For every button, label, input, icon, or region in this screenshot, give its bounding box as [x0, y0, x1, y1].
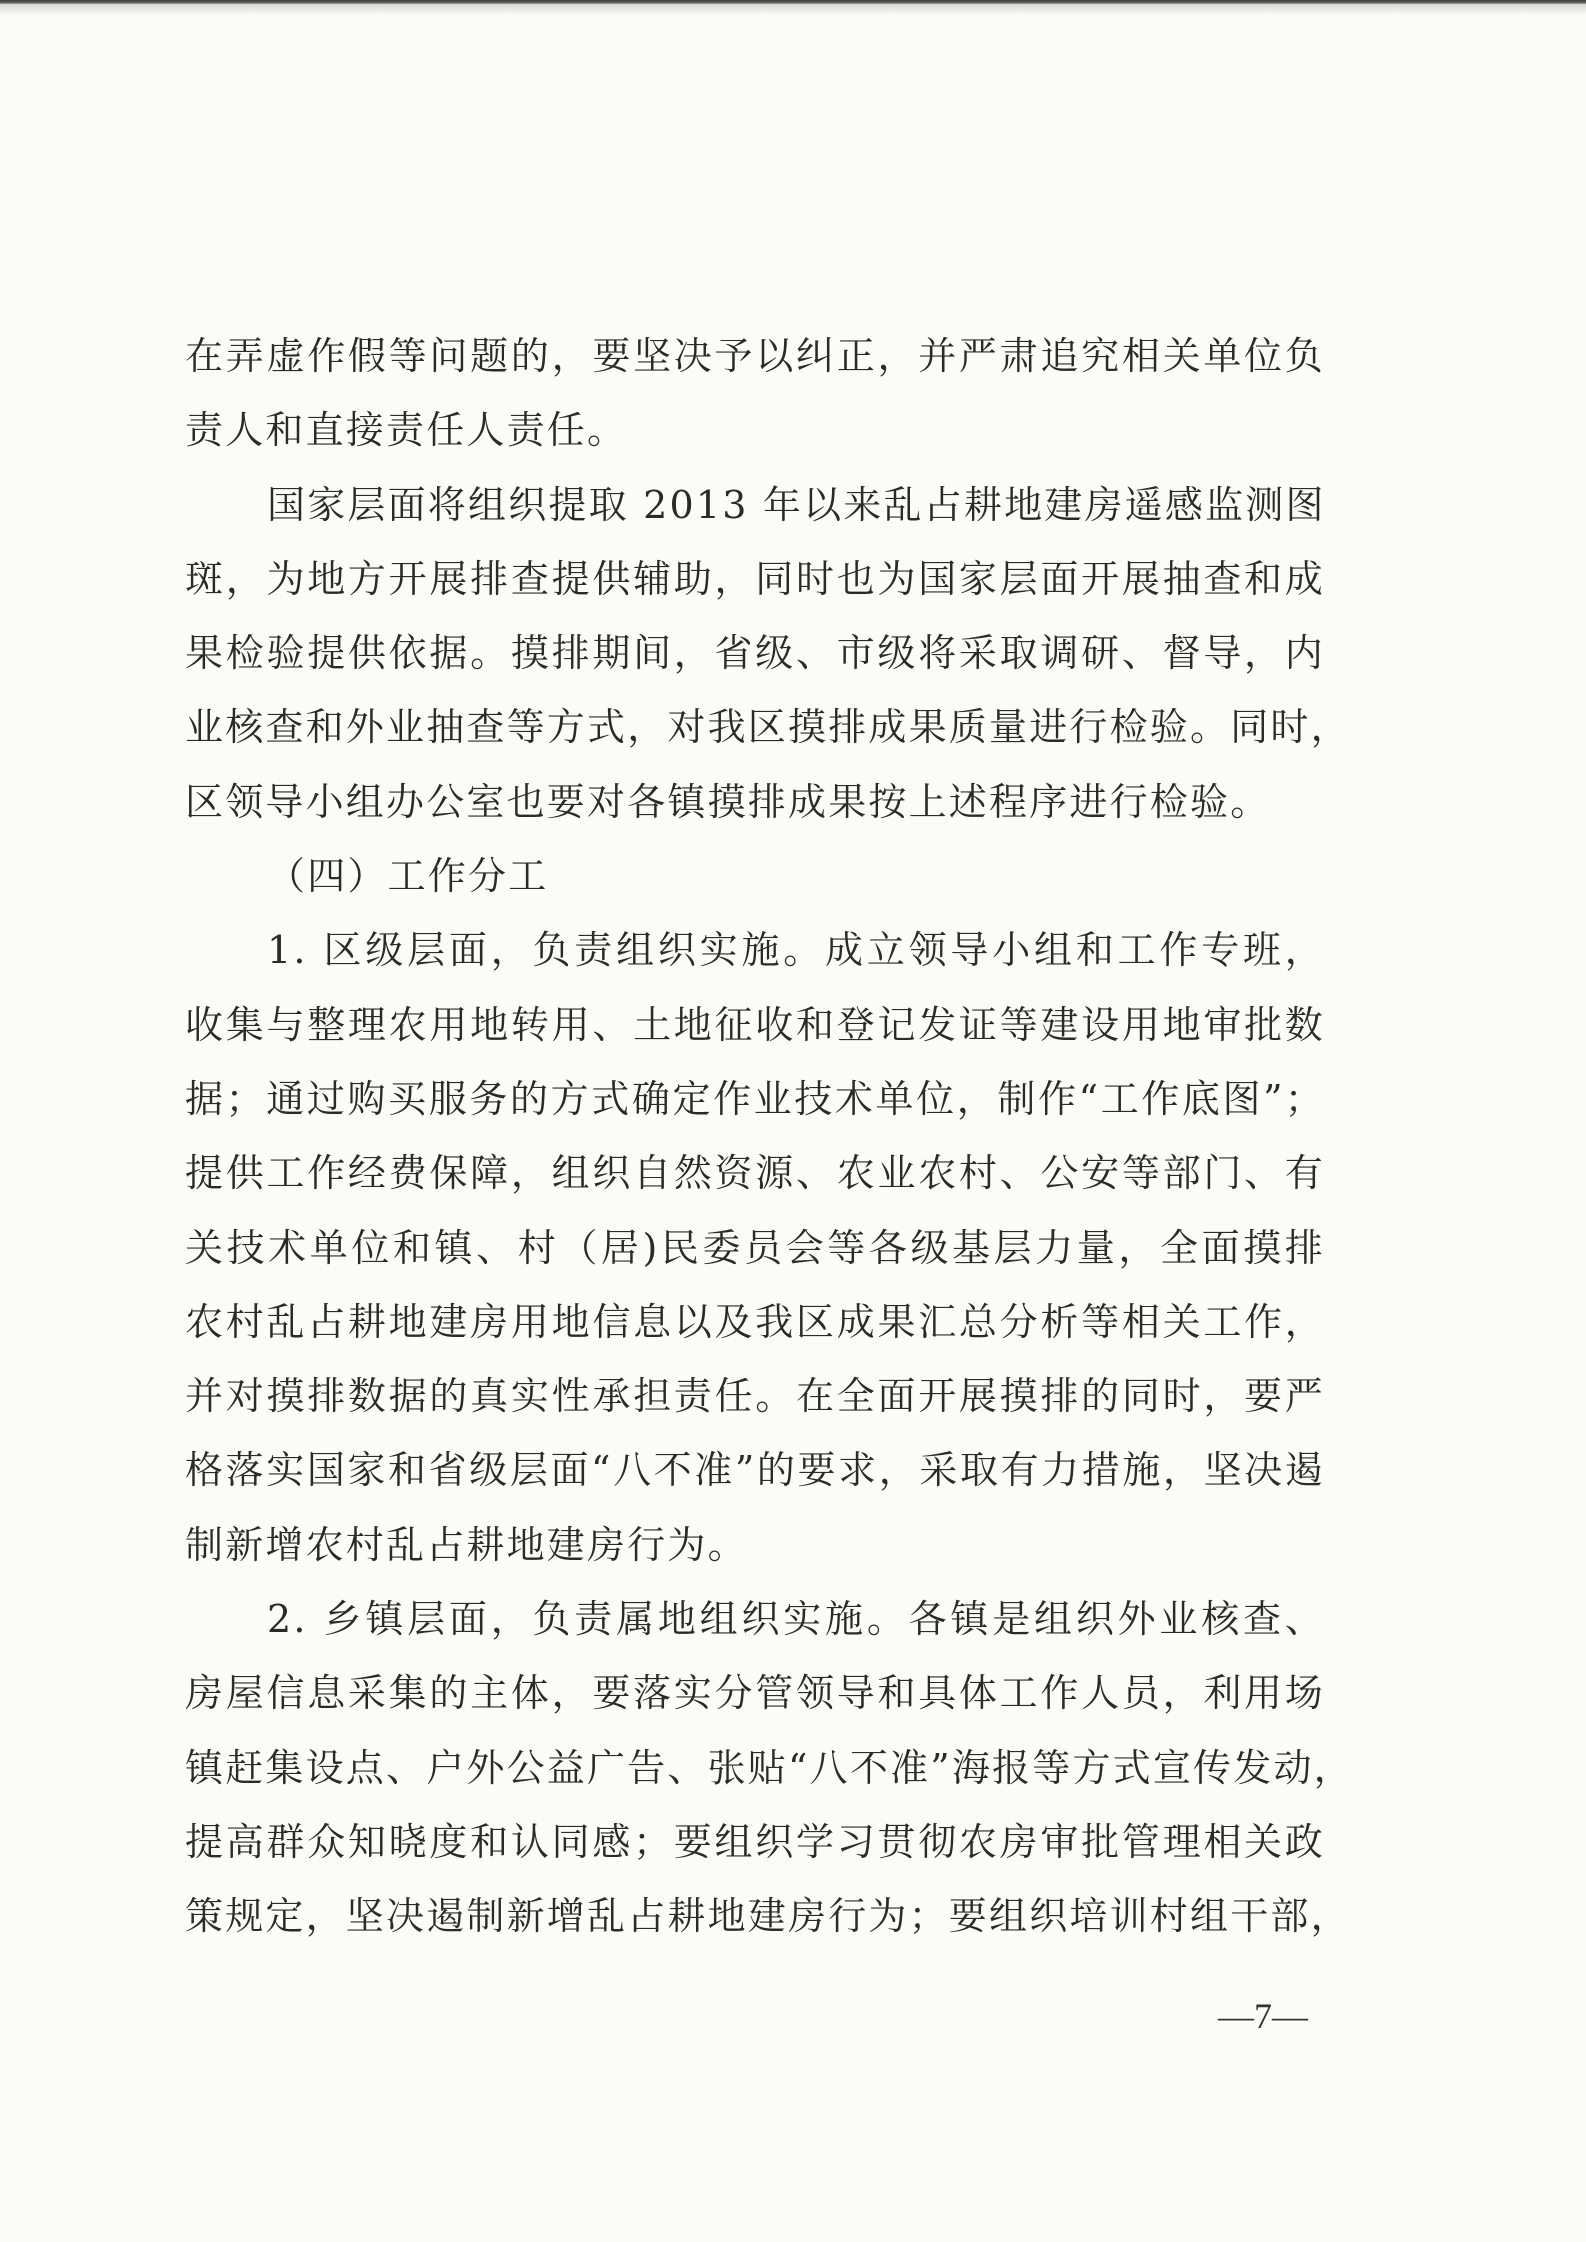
- section-heading: （四）工作分工: [185, 846, 1325, 920]
- paragraph-district-level: 1. 区级层面，负责组织实施。成立领导小组和工作专班， 收集与整理农用地转用、土…: [185, 920, 1325, 1589]
- text-line: 国家层面将组织提取 2013 年以来乱占耕地建房遥感监测图: [185, 475, 1325, 549]
- text-line: 房屋信息采集的主体，要落实分管领导和具体工作人员，利用场: [185, 1663, 1325, 1737]
- page-number: —7—: [1218, 1995, 1308, 2037]
- paragraph-township-level: 2. 乡镇层面，负责属地组织实施。各镇是组织外业核查、 房屋信息采集的主体，要落…: [185, 1589, 1325, 1960]
- text-line: 2. 乡镇层面，负责属地组织实施。各镇是组织外业核查、: [185, 1589, 1325, 1663]
- text-line: 业核查和外业抽查等方式，对我区摸排成果质量进行检验。同时，: [185, 697, 1325, 771]
- paragraph-national-level: 国家层面将组织提取 2013 年以来乱占耕地建房遥感监测图 斑，为地方开展排查提…: [185, 475, 1325, 846]
- text-line: 责人和直接责任人责任。: [185, 400, 1325, 474]
- text-line: 并对摸排数据的真实性承担责任。在全面开展摸排的同时，要严: [185, 1366, 1325, 1440]
- text-line: 据；通过购买服务的方式确定作业技术单位，制作“工作底图”；: [185, 1069, 1325, 1143]
- text-line: 在弄虚作假等问题的，要坚决予以纠正，并严肃追究相关单位负: [185, 326, 1325, 400]
- text-line: 收集与整理农用地转用、土地征收和登记发证等建设用地审批数: [185, 995, 1325, 1069]
- document-body: 在弄虚作假等问题的，要坚决予以纠正，并严肃追究相关单位负 责人和直接责任人责任。…: [185, 326, 1325, 1961]
- text-line: 制新增农村乱占耕地建房行为。: [185, 1515, 1325, 1589]
- text-line: 格落实国家和省级层面“八不准”的要求，采取有力措施，坚决遏: [185, 1440, 1325, 1514]
- scan-top-shadow: [0, 5, 1586, 15]
- text-line: 镇赶集设点、户外公益广告、张贴“八不准”海报等方式宣传发动，: [185, 1738, 1325, 1812]
- text-line: 区领导小组办公室也要对各镇摸排成果按上述程序进行检验。: [185, 772, 1325, 846]
- section-heading-work-division: （四）工作分工: [185, 846, 1325, 920]
- paragraph-continuation: 在弄虚作假等问题的，要坚决予以纠正，并严肃追究相关单位负 责人和直接责任人责任。: [185, 326, 1325, 475]
- text-line: 策规定，坚决遏制新增乱占耕地建房行为；要组织培训村组干部，: [185, 1886, 1325, 1960]
- text-line: 1. 区级层面，负责组织实施。成立领导小组和工作专班，: [185, 920, 1325, 994]
- text-line: 农村乱占耕地建房用地信息以及我区成果汇总分析等相关工作，: [185, 1292, 1325, 1366]
- text-line: 果检验提供依据。摸排期间，省级、市级将采取调研、督导，内: [185, 623, 1325, 697]
- text-line: 斑，为地方开展排查提供辅助，同时也为国家层面开展抽查和成: [185, 549, 1325, 623]
- text-line: 提供工作经费保障，组织自然资源、农业农村、公安等部门、有: [185, 1143, 1325, 1217]
- text-line: 关技术单位和镇、村（居)民委员会等各级基层力量，全面摸排: [185, 1218, 1325, 1292]
- text-line: 提高群众知晓度和认同感；要组织学习贯彻农房审批管理相关政: [185, 1812, 1325, 1886]
